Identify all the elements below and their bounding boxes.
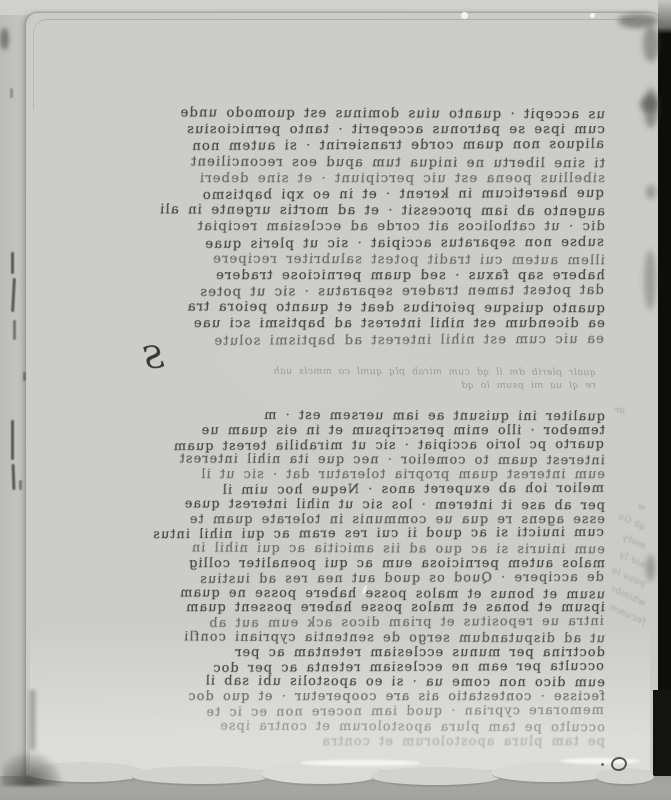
corner-stain: [2, 738, 80, 786]
manuscript-photo: us accepit · quanto uius dominus est quo…: [0, 0, 671, 800]
manuscript-line: sibellius poena est uic percipiunt · et …: [88, 171, 605, 187]
manuscript-line: qualr plerib dm il qd cum mirab plq quml…: [96, 365, 596, 381]
manuscript-line: temebor · illo enim perscripsum et in ei…: [88, 423, 605, 438]
margin-annotations: wqb Gumotyuid lypuus lowhimbrfecumm: [578, 490, 648, 670]
manuscript-line: habere sap faxus · sed quam perniciose t…: [88, 268, 605, 284]
deckle-scallop: [491, 762, 611, 784]
margin-annotation-small: ar: [615, 406, 625, 416]
ring-mark-dot: [601, 763, 604, 766]
manuscript-line: augento ab iam processit · et ad mortis …: [88, 202, 605, 220]
manuscript-line: quanto quisque peioribus deat et quanto …: [88, 299, 605, 317]
manuscript-line: fecisse · contestatio ais are cooperetur…: [88, 689, 605, 704]
manuscript-line: doctrina per munus ecclesiam retentam ac…: [88, 645, 605, 660]
manuscript-line: per ab ase it interem · los sic ut nihil…: [88, 496, 605, 513]
film-edge-lower: [653, 690, 671, 790]
stain-smudge: [643, 26, 659, 62]
manuscript-line: ti sine libertu ne iniqua tum apud eos r…: [88, 153, 605, 171]
stain-smudge: [640, 96, 658, 112]
margin-tick: [23, 372, 26, 381]
stain-smudge: [0, 28, 9, 50]
under-leaf-edge: [33, 19, 634, 110]
manuscript-line: dic · ut catholicos ait corde ad ecclesi…: [88, 219, 605, 235]
edge-highlight: [300, 760, 420, 766]
deckle-scallop: [131, 766, 271, 786]
manuscript-line: interest quam to comelior · nec que ita …: [88, 451, 605, 468]
large-initial: S: [141, 339, 166, 377]
manuscript-line: ut ad disputandum sergo de sententia cyp…: [88, 629, 605, 646]
margin-tick: [10, 88, 13, 98]
film-edge: [658, 30, 671, 782]
stain-smudge: [644, 250, 656, 310]
margin-tick: [13, 320, 16, 340]
white-speck: [461, 12, 468, 19]
white-speck: [590, 13, 595, 18]
text-block-upper: us accepit · quanto uius dominus est quo…: [88, 106, 605, 349]
manuscript-line: eum iniuris si ac quo ad iis amicitia ac…: [88, 540, 605, 557]
interlinear-annotation: qualr plerib dm il qd cum mirab plq quml…: [96, 366, 596, 394]
manuscript-line: eum dico non come ua · si eo apostolis u…: [88, 673, 605, 690]
manuscript-line: qualiter ini quisunt ae iam uersem est ·…: [88, 407, 605, 424]
manuscript-line: pe tam plura apostolorum et contra: [88, 734, 605, 749]
edge-highlight: [560, 758, 640, 764]
stain-smudge: [646, 185, 656, 199]
margin-tick: [19, 480, 22, 490]
manuscript-line: ipsum et bonas et malos posse habere pos…: [88, 600, 605, 615]
manuscript-line: cum ipse se patronus acceperit · tanto p…: [88, 122, 605, 138]
deckle-scallop: [371, 767, 501, 787]
manuscript-line: occulto pe tam plura apostolorum et cont…: [88, 718, 605, 735]
manuscript-line: malos autem perniciosa eum ac qui poenal…: [88, 556, 605, 571]
deckle-scallop: [596, 768, 654, 786]
text-block-lower: qualiter ini quisunt ae iam uersem est ·…: [88, 408, 605, 748]
manuscript-line: aliquos non quam corde transierint · si …: [87, 137, 604, 156]
film-edge-fade: [658, 0, 671, 34]
manuscript-line: re ql ua mi psum lo qd: [96, 380, 596, 394]
margin-tick: [11, 420, 14, 460]
manuscript-line: eum interest quam propria toleratur dat …: [88, 467, 605, 482]
manuscript-line: ea dicendum est nihil interest ad baptis…: [88, 316, 605, 332]
manuscript-line: usum et bonus et malos posse habere poss…: [88, 584, 605, 601]
margin-tick: [11, 252, 14, 274]
manuscript-line: ea uic cum est nihil interest ad baptism…: [87, 331, 604, 350]
manuscript-line: illem autem cui tradit potest salubriter…: [88, 251, 605, 269]
manuscript-line: subse non separatus accipiat · sic ut pl…: [87, 234, 604, 253]
manuscript-line: us accepit · quanto uius dominus est quo…: [88, 105, 605, 123]
corner-stain-stem: [30, 690, 35, 750]
